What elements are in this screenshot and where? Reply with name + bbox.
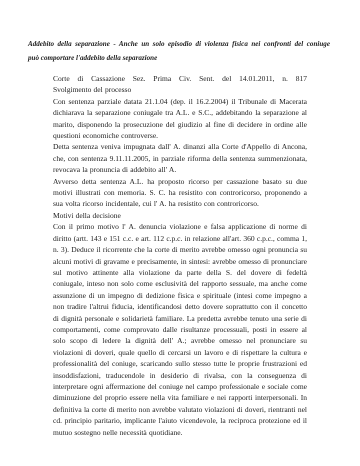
- document-page: Addebito della separazione - Anche un so…: [0, 0, 360, 466]
- paragraph-cassation-appeal: Avverso detta sentenza A.L. ha proposto …: [53, 176, 307, 210]
- document-title-line-1: Addebito della separazione - Anche un so…: [28, 38, 330, 52]
- document-title: Addebito della separazione - Anche un so…: [28, 38, 330, 65]
- document-title-line-2: può comportare l'addebito della separazi…: [28, 52, 330, 66]
- court-reference-line: Corte di Cassazione Sez. Prima Civ. Sent…: [53, 73, 307, 84]
- paragraph-first-motive: Con il primo motivo l' A. denuncia viola…: [53, 221, 307, 438]
- document-body: Corte di Cassazione Sez. Prima Civ. Sent…: [53, 73, 307, 438]
- section-heading-motivi: Motivi della decisione: [53, 210, 307, 221]
- paragraph-first-instance-judgment: Con sentenza parziale datata 21.1.04 (de…: [53, 96, 307, 142]
- paragraph-appeal-judgment: Detta sentenza veniva impugnata dall' A.…: [53, 141, 307, 175]
- section-heading-svolgimento: Svolgimento del processo: [53, 84, 307, 95]
